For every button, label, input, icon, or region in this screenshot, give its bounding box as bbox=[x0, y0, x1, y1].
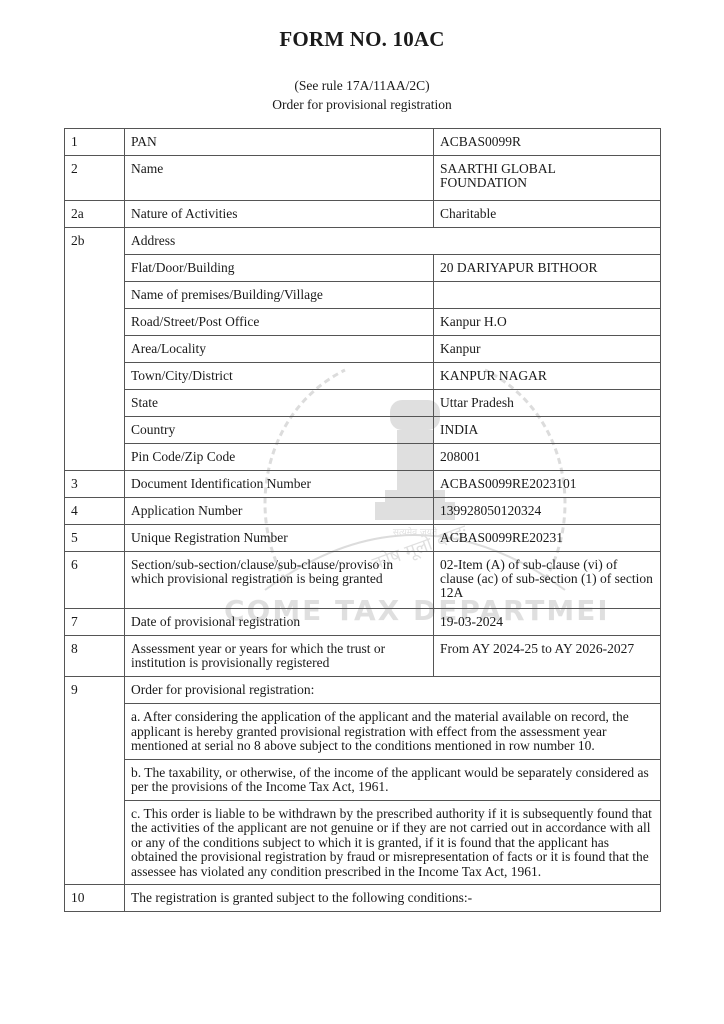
order-paragraph-a: a. After considering the application of … bbox=[65, 704, 661, 760]
row-name: 2 Name SAARTHI GLOBAL FOUNDATION bbox=[65, 156, 661, 201]
row-number: 5 bbox=[65, 525, 125, 552]
address-row: Area/Locality Kanpur bbox=[65, 336, 661, 363]
form-subtitle: Order for provisional registration bbox=[0, 97, 724, 113]
row-conditions: 10 The registration is granted subject t… bbox=[65, 885, 661, 912]
address-label: Town/City/District bbox=[125, 363, 434, 390]
field-label: The registration is granted subject to t… bbox=[125, 885, 661, 912]
name-value: SAARTHI GLOBAL FOUNDATION bbox=[434, 156, 661, 201]
pan-value: ACBAS0099R bbox=[434, 129, 661, 156]
address-value bbox=[434, 282, 661, 309]
row-din: 3 Document Identification Number ACBAS00… bbox=[65, 471, 661, 498]
order-paragraph-b: b. The taxability, or otherwise, of the … bbox=[65, 759, 661, 800]
row-urn: 5 Unique Registration Number ACBAS0099RE… bbox=[65, 525, 661, 552]
form-title: FORM NO. 10AC bbox=[0, 27, 724, 52]
address-label: State bbox=[125, 390, 434, 417]
row-assessment-year: 8 Assessment year or years for which the… bbox=[65, 636, 661, 677]
field-label: Assessment year or years for which the t… bbox=[125, 636, 434, 677]
assessment-year-value: From AY 2024-25 to AY 2026-2027 bbox=[434, 636, 661, 677]
application-value: 139928050120324 bbox=[434, 498, 661, 525]
field-label: Document Identification Number bbox=[125, 471, 434, 498]
row-number: 8 bbox=[65, 636, 125, 677]
address-label: Area/Locality bbox=[125, 336, 434, 363]
registration-table: 1 PAN ACBAS0099R 2 Name SAARTHI GLOBAL F… bbox=[64, 128, 661, 912]
order-paragraph: a. After considering the application of … bbox=[125, 704, 661, 760]
field-label: Name bbox=[125, 156, 434, 201]
row-number: 3 bbox=[65, 471, 125, 498]
row-section: 6 Section/sub-section/clause/sub-clause/… bbox=[65, 552, 661, 609]
field-label: Application Number bbox=[125, 498, 434, 525]
address-row: Name of premises/Building/Village bbox=[65, 282, 661, 309]
address-label: Pin Code/Zip Code bbox=[125, 444, 434, 471]
row-number: 2b bbox=[65, 228, 125, 471]
address-label: Flat/Door/Building bbox=[125, 255, 434, 282]
field-label: Unique Registration Number bbox=[125, 525, 434, 552]
row-number: 9 bbox=[65, 677, 125, 885]
address-row: Town/City/District KANPUR NAGAR bbox=[65, 363, 661, 390]
address-value: INDIA bbox=[434, 417, 661, 444]
rule-reference: (See rule 17A/11AA/2C) bbox=[0, 78, 724, 94]
section-value: 02-Item (A) of sub-clause (vi) of clause… bbox=[434, 552, 661, 609]
address-row: Flat/Door/Building 20 DARIYAPUR BITHOOR bbox=[65, 255, 661, 282]
row-number: 1 bbox=[65, 129, 125, 156]
order-paragraph-c: c. This order is liable to be withdrawn … bbox=[65, 800, 661, 885]
row-address: 2b Address bbox=[65, 228, 661, 255]
row-nature: 2a Nature of Activities Charitable bbox=[65, 201, 661, 228]
order-paragraph: c. This order is liable to be withdrawn … bbox=[125, 800, 661, 885]
field-label: Section/sub-section/clause/sub-clause/pr… bbox=[125, 552, 434, 609]
field-label: PAN bbox=[125, 129, 434, 156]
row-number: 7 bbox=[65, 609, 125, 636]
address-label: Name of premises/Building/Village bbox=[125, 282, 434, 309]
address-value: Kanpur bbox=[434, 336, 661, 363]
nature-value: Charitable bbox=[434, 201, 661, 228]
row-number: 10 bbox=[65, 885, 125, 912]
date-value: 19-03-2024 bbox=[434, 609, 661, 636]
order-paragraph: b. The taxability, or otherwise, of the … bbox=[125, 759, 661, 800]
address-value: 208001 bbox=[434, 444, 661, 471]
urn-value: ACBAS0099RE20231 bbox=[434, 525, 661, 552]
row-number: 2a bbox=[65, 201, 125, 228]
address-row: State Uttar Pradesh bbox=[65, 390, 661, 417]
field-label: Date of provisional registration bbox=[125, 609, 434, 636]
row-pan: 1 PAN ACBAS0099R bbox=[65, 129, 661, 156]
address-label: Country bbox=[125, 417, 434, 444]
row-order: 9 Order for provisional registration: bbox=[65, 677, 661, 704]
din-value: ACBAS0099RE2023101 bbox=[434, 471, 661, 498]
address-value: 20 DARIYAPUR BITHOOR bbox=[434, 255, 661, 282]
field-label: Order for provisional registration: bbox=[125, 677, 661, 704]
address-label: Road/Street/Post Office bbox=[125, 309, 434, 336]
row-number: 4 bbox=[65, 498, 125, 525]
address-row: Road/Street/Post Office Kanpur H.O bbox=[65, 309, 661, 336]
address-value: KANPUR NAGAR bbox=[434, 363, 661, 390]
address-row: Pin Code/Zip Code 208001 bbox=[65, 444, 661, 471]
address-row: Country INDIA bbox=[65, 417, 661, 444]
row-number: 6 bbox=[65, 552, 125, 609]
field-label: Address bbox=[125, 228, 661, 255]
row-number: 2 bbox=[65, 156, 125, 201]
row-application: 4 Application Number 139928050120324 bbox=[65, 498, 661, 525]
address-value: Uttar Pradesh bbox=[434, 390, 661, 417]
address-value: Kanpur H.O bbox=[434, 309, 661, 336]
field-label: Nature of Activities bbox=[125, 201, 434, 228]
row-date: 7 Date of provisional registration 19-03… bbox=[65, 609, 661, 636]
